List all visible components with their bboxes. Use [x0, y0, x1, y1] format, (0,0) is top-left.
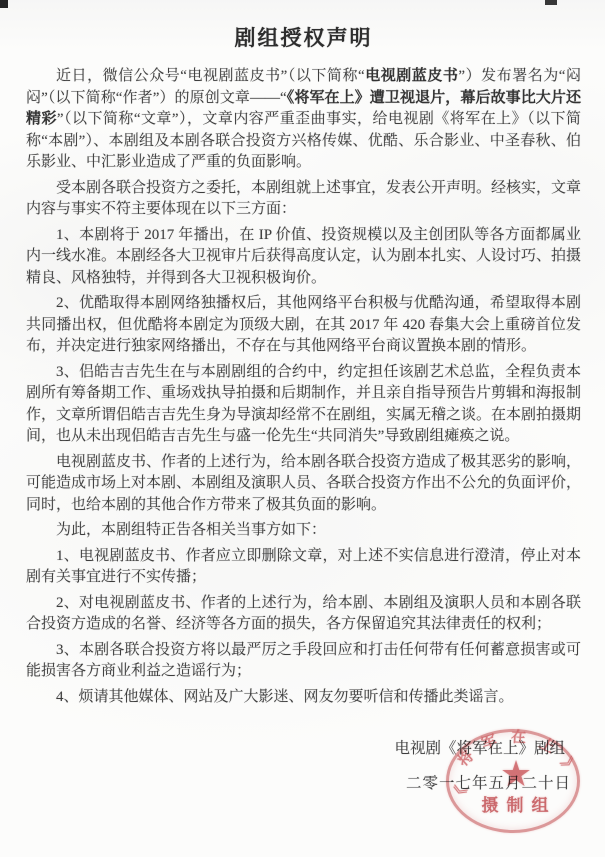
statement-document: 剧组授权声明 近日，微信公众号“电视剧蓝皮书”（以下简称“电视剧蓝皮书”）发布署… [0, 0, 605, 857]
paragraph-demand-1: 1、电视剧蓝皮书、作者应立即删除文章，对上述不实信息进行澄清，停止对本剧有关事宜… [26, 546, 581, 589]
intro-paragraph: 近日，微信公众号“电视剧蓝皮书”（以下简称“电视剧蓝皮书”）发布署名为“闷闷”（… [26, 66, 581, 174]
document-body: 剧组授权声明 近日，微信公众号“电视剧蓝皮书”（以下简称“电视剧蓝皮书”）发布署… [0, 0, 605, 793]
intro-segment: ”（以下简称“文章”），文章内容严重歪曲事实，给电视剧《将军在上》（以下简称“本… [26, 111, 581, 170]
intro-segment: 近日，微信公众号“电视剧蓝皮书”（以下简称“ [56, 68, 365, 84]
paragraph-fact-1: 1、本剧将于 2017 年播出，在 IP 价值、投资规模以及主创团队等各方面都属… [26, 225, 581, 290]
paragraph-impact: 电视剧蓝皮书、作者的上述行为，给本剧各联合投资方造成了极其恶劣的影响，可能造成市… [26, 452, 581, 517]
paragraph-demand-4: 4、烦请其他媒体、网站及广大影迷、网友勿要听信和传播此类谣言。 [26, 687, 581, 709]
paragraph-fact-3: 3、侣皓吉吉先生在与本剧剧组的合约中，约定担任该剧艺术总监，全程负责本剧所有筹备… [26, 362, 581, 448]
paragraph-public-statement: 受本剧各联合投资方之委托，本剧组就上述事宜，发表公开声明。经核实，文章内容与事实… [26, 178, 581, 221]
paragraph-notice-intro: 为此，本剧组特正告各相关当事方如下： [26, 520, 581, 542]
signature-line: 电视剧《将军在上》剧组 [26, 736, 581, 758]
paragraph-fact-2: 2、优酷取得本剧网络独播权后，其他网络平台积极与优酷沟通，希望取得本剧共同播出权… [26, 293, 581, 358]
statement-title: 剧组授权声明 [26, 22, 581, 52]
paragraph-demand-2: 2、对电视剧蓝皮书、作者的上述行为，给本剧、本剧组及演职人员和本剧各联合投资方造… [26, 593, 581, 636]
date-line: 二零一七年五月二十日 [26, 771, 581, 793]
seal-bottom-text: 摄制组 [474, 791, 557, 816]
intro-segment-bold: 电视剧蓝皮书 [365, 68, 459, 84]
paragraph-demand-3: 3、本剧各联合投资方将以最严厉之手段回应和打击任何带有任何蓄意损害或可能损害各方… [26, 640, 581, 683]
